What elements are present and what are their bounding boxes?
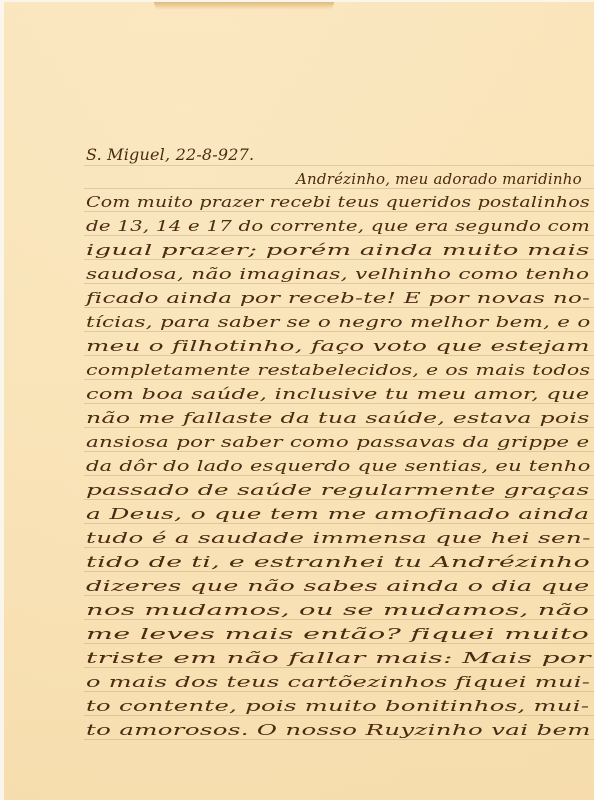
letter-line: ansiosa por saber como passavas da gripp… xyxy=(86,433,589,451)
place-date: S. Miguel, 22-8-927. xyxy=(86,146,254,164)
ruled-line xyxy=(84,427,594,428)
letter-line: tido de ti, e estranhei tu Andrézinho xyxy=(86,553,590,571)
letter-line: com boa saúde, inclusive tu meu amor, qu… xyxy=(86,385,589,403)
ruled-line xyxy=(84,643,594,644)
ruled-line xyxy=(84,475,594,476)
letter-line: passado de saúde regularmente graças xyxy=(86,481,590,499)
ruled-line xyxy=(84,499,594,500)
paper-stain xyxy=(154,2,334,10)
ruled-line xyxy=(84,211,594,212)
letter-line: a Deus, o que tem me amofinado ainda xyxy=(86,505,589,523)
ruled-line xyxy=(84,379,594,380)
ruled-line xyxy=(84,715,594,716)
ruled-line xyxy=(84,355,594,356)
ruled-line xyxy=(84,188,594,189)
letter-line: to amorosos. O nosso Ruyzinho vai bem xyxy=(86,721,591,739)
letter-line: tudo é a saudade immensa que hei sen- xyxy=(86,529,591,547)
ruled-line xyxy=(84,595,594,596)
letter-line: triste em não fallar mais: Mais por xyxy=(86,649,591,667)
ruled-line xyxy=(84,619,594,620)
ruled-line xyxy=(84,403,594,404)
ruled-line xyxy=(84,307,594,308)
ruled-line xyxy=(84,235,594,236)
letter-line: não me fallaste da tua saúde, estava poi… xyxy=(86,409,590,427)
ruled-line xyxy=(84,547,594,548)
letter-line: dizeres que não sabes ainda o dia que xyxy=(86,577,590,595)
ruled-line xyxy=(84,691,594,692)
ruled-line xyxy=(84,571,594,572)
letter-line: ficado ainda por receb-te! E por novas n… xyxy=(86,289,590,307)
ruled-line xyxy=(84,165,594,166)
ruled-line xyxy=(84,331,594,332)
ruled-line xyxy=(84,283,594,284)
letter-line: Com muito prazer recebi teus queridos po… xyxy=(86,193,590,211)
letter-line: nos mudamos, ou se mudamos, não xyxy=(86,601,589,619)
letter-line: completamente restabelecidos, e os mais … xyxy=(86,361,590,379)
letter-line: da dôr do lado esquerdo que sentias, eu … xyxy=(86,457,591,475)
letter-line: me leves mais então? fiquei muito xyxy=(86,625,589,643)
salutation: Andrézinho, meu adorado maridinho xyxy=(296,170,582,188)
letter-line: o mais dos teus cartõezinhos fiquei mui- xyxy=(86,673,590,691)
letter-line: tícias, para saber se o negro melhor bem… xyxy=(86,313,591,331)
letter-line: de 13, 14 e 17 do corrente, que era segu… xyxy=(86,217,590,235)
letter-line: saudosa, não imaginas, velhinho como ten… xyxy=(86,265,589,283)
letter-line: igual prazer; porém ainda muito mais xyxy=(86,241,590,259)
ruled-line xyxy=(84,739,594,740)
ruled-line xyxy=(84,667,594,668)
ruled-line xyxy=(84,259,594,260)
ruled-line xyxy=(84,523,594,524)
letter-line: to contente, pois muito bonitinhos, mui- xyxy=(86,697,589,715)
ruled-line xyxy=(84,451,594,452)
letter-page: S. Miguel, 22-8-927. Andrézinho, meu ado… xyxy=(4,2,594,800)
letter-line: meu o filhotinho, faço voto que estejam xyxy=(86,337,590,355)
